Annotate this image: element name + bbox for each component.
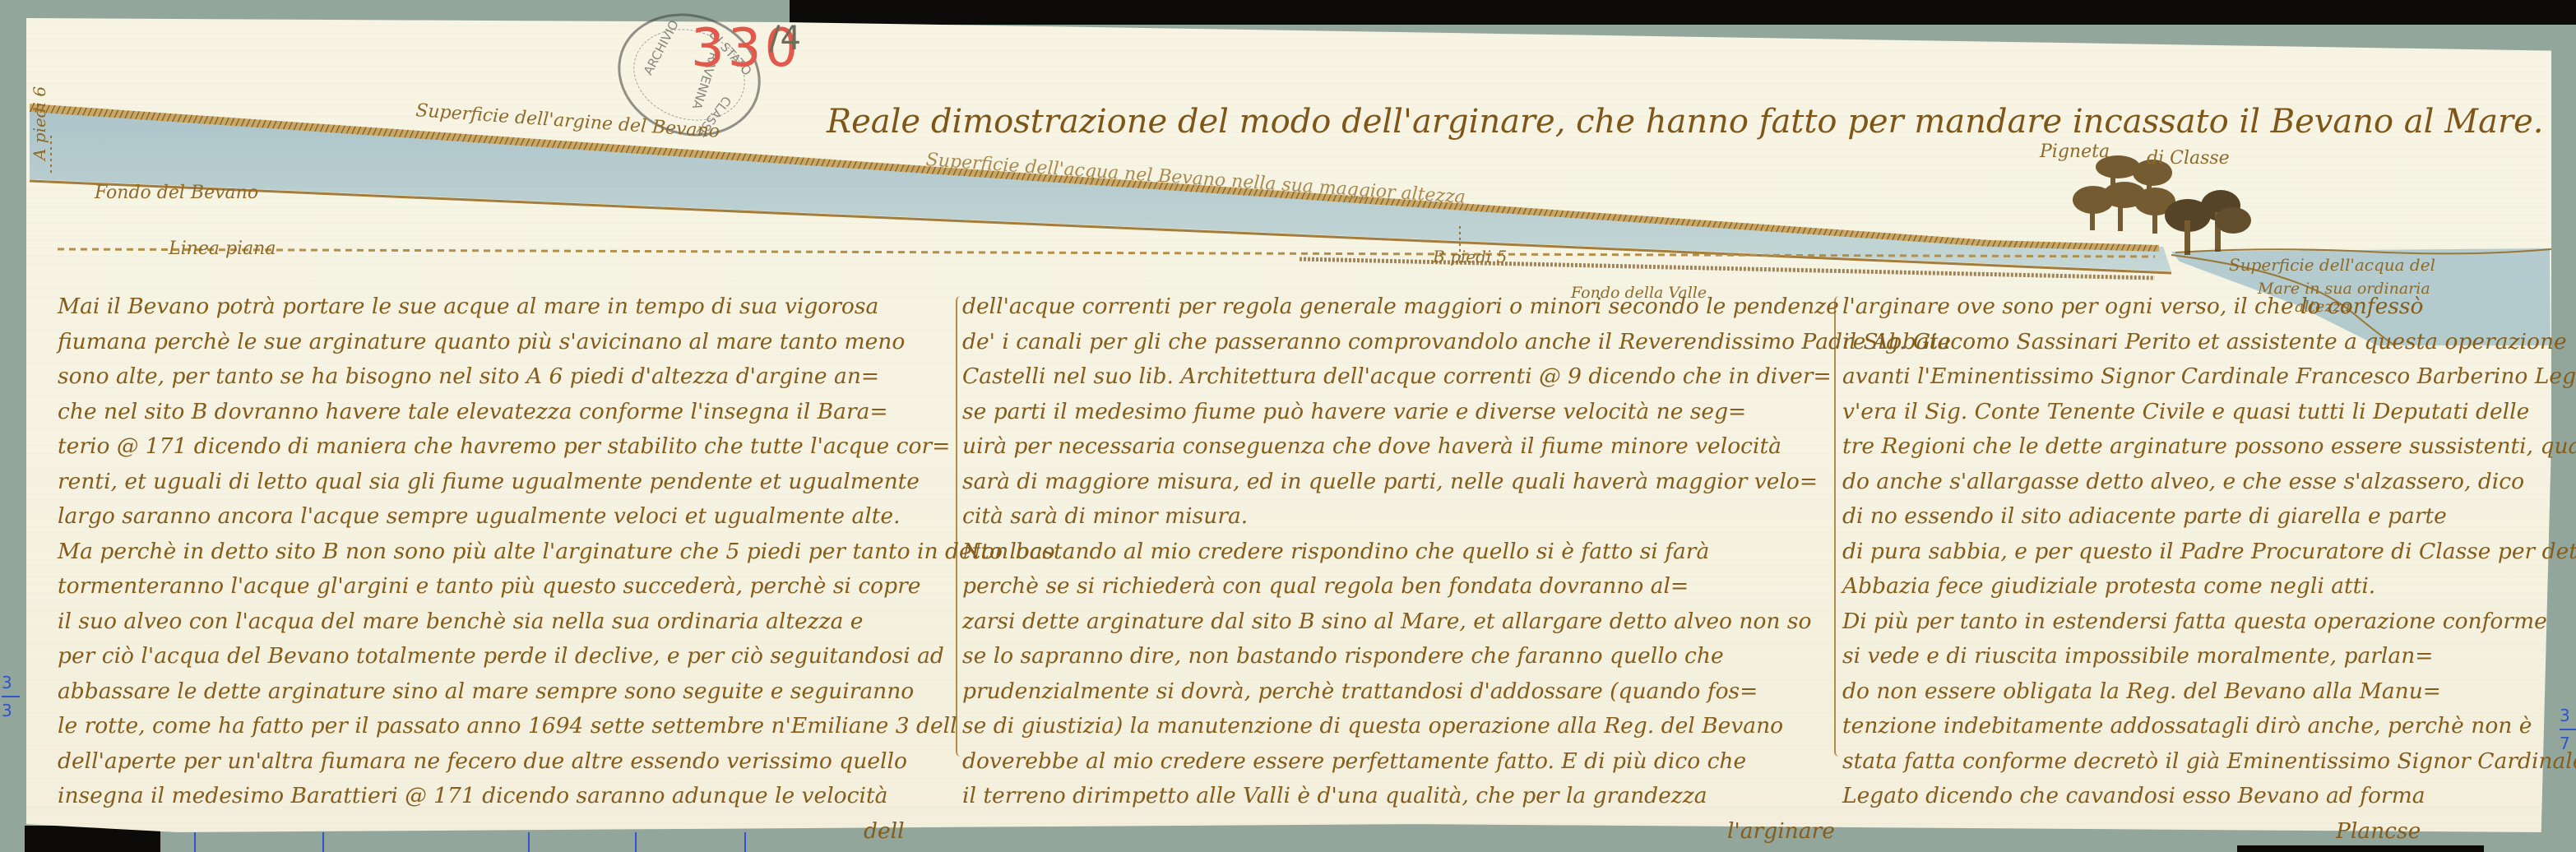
manuscript-line: perchè se si richiederà con qual regola … bbox=[962, 569, 1842, 604]
manuscript-line: Abbazia fece giudiziale protesta come ne… bbox=[1842, 569, 2566, 604]
manuscript-line: fiumana perchè le sue arginature quanto … bbox=[58, 325, 946, 360]
text-column-2: dell'acque correnti per regola generale … bbox=[962, 289, 1842, 849]
manuscript-line: si vede e di riuscita impossibile moralm… bbox=[1842, 639, 2566, 674]
manuscript-line: avanti l'Eminentissimo Signor Cardinale … bbox=[1842, 359, 2566, 395]
sea-surface-label: Superficie dell'acqua del bbox=[2229, 255, 2435, 275]
pine-trees-icon bbox=[2073, 155, 2251, 255]
manuscript-line: v'era il Sig. Conte Tenente Civile e qua… bbox=[1842, 395, 2566, 430]
point-a-label: A piedi 6 bbox=[30, 86, 49, 160]
manuscript-line: largo saranno ancora l'acque sempre ugua… bbox=[58, 499, 946, 535]
manuscript-line: sono alte, per tanto se ha bisogno nel s… bbox=[58, 359, 946, 395]
manuscript-line: l'arginare ove sono per ogni verso, il c… bbox=[1842, 289, 2566, 325]
flat-line-label: Linea piana bbox=[169, 238, 276, 259]
manuscript-line: renti, et uguali di letto qual sia gli f… bbox=[58, 465, 946, 500]
pine-forest-label: Pigneta bbox=[2040, 141, 2110, 162]
manuscript-line: Non bastando al mio credere rispondino c… bbox=[962, 535, 1842, 570]
manuscript-line: Ma perchè in detto sito B non sono più a… bbox=[58, 535, 946, 570]
manuscript-line: Di più per tanto in estendersi fatta que… bbox=[1842, 604, 2566, 640]
manuscript-line: Legato dicendo che cavandosi esso Bevano… bbox=[1842, 779, 2566, 814]
manuscript-line: se parti il medesimo fiume può havere va… bbox=[962, 395, 1842, 430]
manuscript-line: se lo sapranno dire, non bastando rispon… bbox=[962, 639, 1842, 674]
manuscript-line: do non essere obligata la Reg. del Bevan… bbox=[1842, 674, 2566, 710]
pine-forest-label-2: di Classe bbox=[2147, 148, 2230, 169]
manuscript-line: prudenzialmente si dovrà, perchè trattan… bbox=[962, 674, 1842, 710]
point-b-label: B piedi 5 bbox=[1433, 247, 1507, 266]
text-column-3: l'arginare ove sono per ogni verso, il c… bbox=[1842, 289, 2566, 849]
manuscript-line: se di giustizia) la manutenzione di ques… bbox=[962, 709, 1842, 744]
manuscript-line: dell'acque correnti per regola generale … bbox=[962, 289, 1842, 325]
manuscript-line: tenzione indebitamente addossatagli dirò… bbox=[1842, 709, 2566, 744]
manuscript-line: tre Regioni che le dette arginature poss… bbox=[1842, 429, 2566, 465]
manuscript-line: le rotte, come ha fatto per il passato a… bbox=[58, 709, 946, 744]
catchword: l'arginare bbox=[962, 814, 1842, 850]
left-ruler-marks: 3 3 bbox=[2, 674, 20, 719]
manuscript-line: abbassare le dette arginature sino al ma… bbox=[58, 674, 946, 710]
signature: Plancse bbox=[1842, 814, 2566, 850]
ruler-mark: 3 bbox=[2, 701, 12, 720]
manuscript-line: zarsi dette arginature dal sito B sino a… bbox=[962, 604, 1842, 640]
manuscript-line: stata fatta conforme decretò il già Emin… bbox=[1842, 744, 2566, 780]
manuscript-line: il terreno dirimpetto alle Valli è d'una… bbox=[962, 779, 1842, 814]
catchword: dell bbox=[58, 814, 946, 850]
manuscript-line: il suo alveo con l'acqua del mare benchè… bbox=[58, 604, 946, 640]
manuscript-line: di pura sabbia, e per questo il Padre Pr… bbox=[1842, 535, 2566, 570]
manuscript-line: uirà per necessaria conseguenza che dove… bbox=[962, 429, 1842, 465]
manuscript-line: do anche s'allargasse detto alveo, e che… bbox=[1842, 465, 2566, 500]
manuscript-line: per ciò l'acqua del Bevano totalmente pe… bbox=[58, 639, 946, 674]
manuscript-line: tormenteranno l'acque gl'argini e tanto … bbox=[58, 569, 946, 604]
manuscript-line: sarà di maggiore misura, ed in quelle pa… bbox=[962, 465, 1842, 500]
manuscript-line: Mai il Bevano potrà portare le sue acque… bbox=[58, 289, 946, 325]
manuscript-line: doverebbe al mio credere essere perfetta… bbox=[962, 744, 1842, 780]
manuscript-line: terio @ 171 dicendo di maniera che havre… bbox=[58, 429, 946, 465]
manuscript-line: insegna il medesimo Barattieri @ 171 dic… bbox=[58, 779, 946, 814]
ruler-mark: 3 bbox=[2, 673, 12, 692]
manuscript-line: il Sig. Giacomo Sassinari Perito et assi… bbox=[1842, 325, 2566, 360]
manuscript-line: che nel sito B dovranno havere tale elev… bbox=[58, 395, 946, 430]
manuscript-line: Castelli nel suo lib. Architettura dell'… bbox=[962, 359, 1842, 395]
ruler-tick bbox=[2, 696, 20, 697]
text-column-1: Mai il Bevano potrà portare le sue acque… bbox=[58, 289, 946, 849]
manuscript-line: di no essendo il sito adiacente parte di… bbox=[1842, 499, 2566, 535]
manuscript-line: cità sarà di minor misura. bbox=[962, 499, 1842, 535]
manuscript-line: de' i canali per gli che passeranno comp… bbox=[962, 325, 1842, 360]
river-bottom-label: Fondo del Bevano bbox=[95, 183, 258, 203]
manuscript-line: dell'aperte per un'altra fiumara ne fece… bbox=[58, 744, 946, 780]
